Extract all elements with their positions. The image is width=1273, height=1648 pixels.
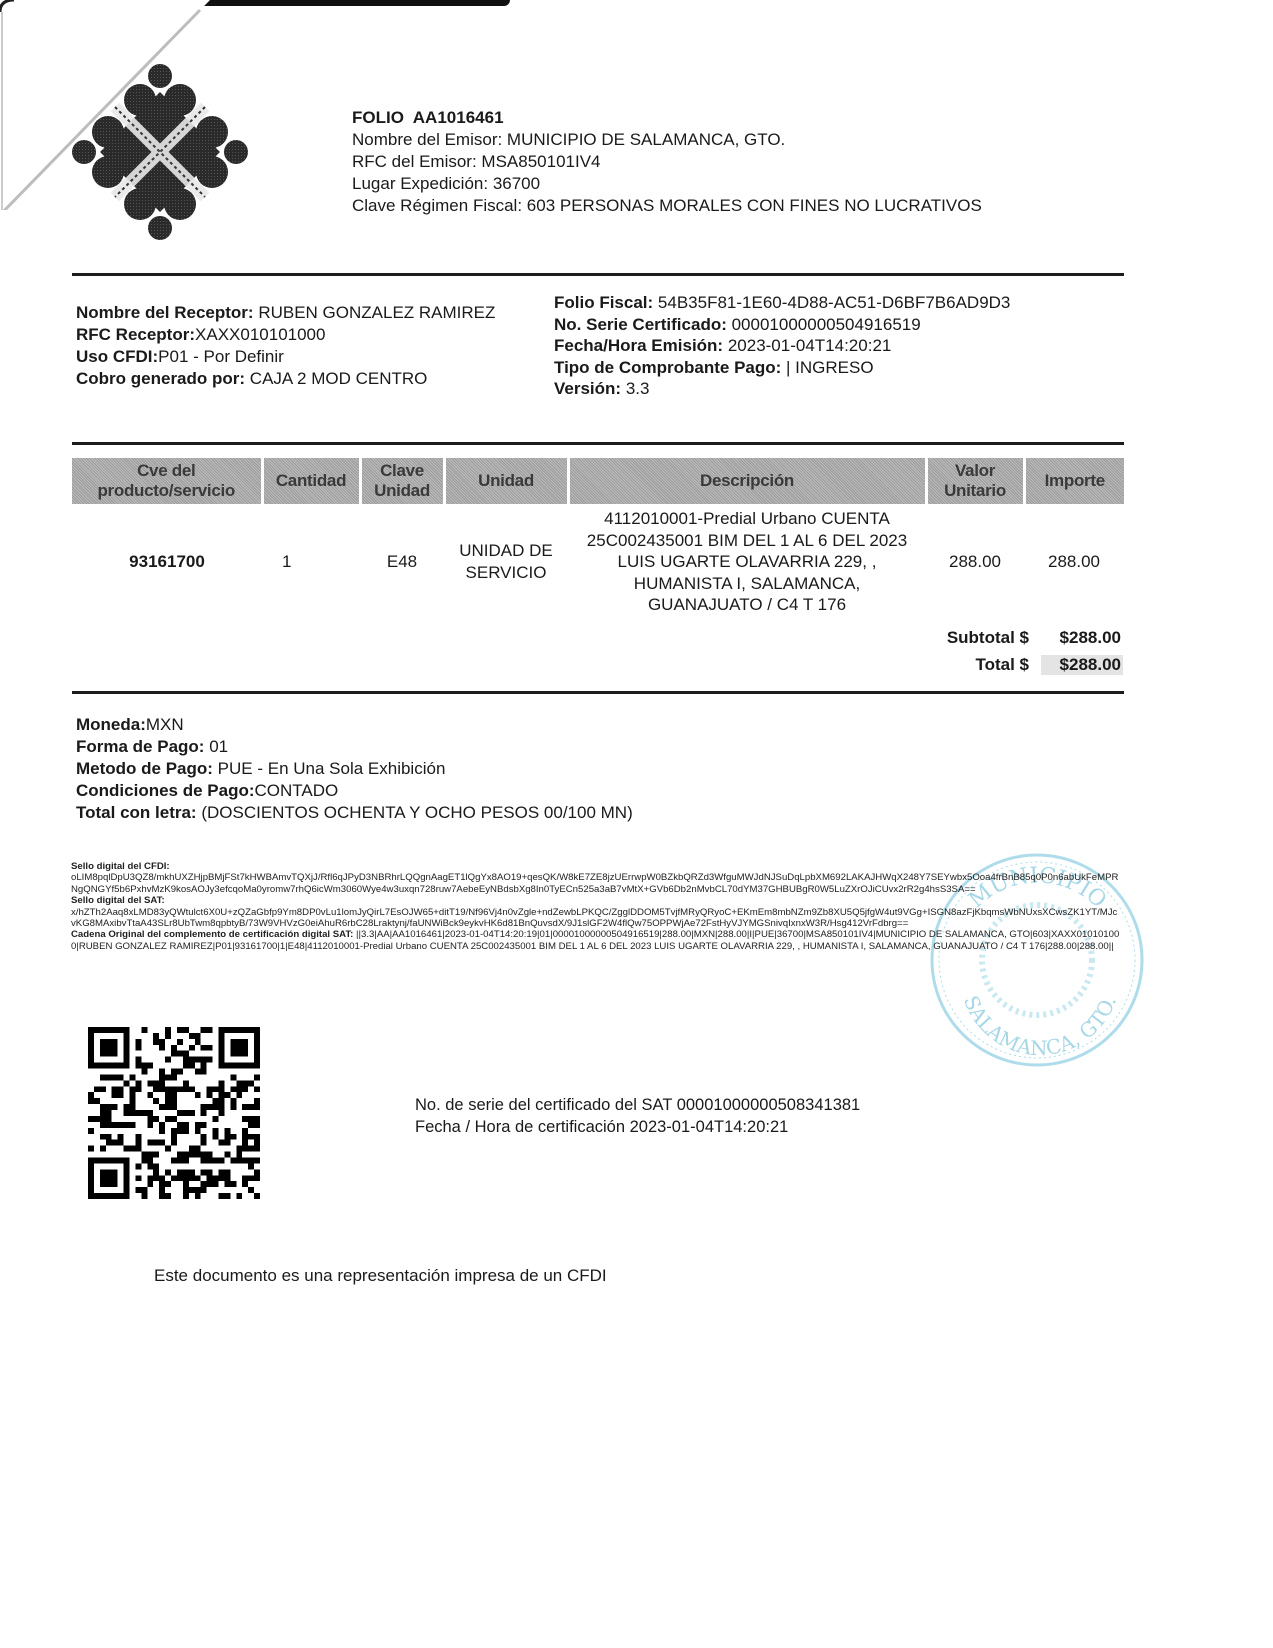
cell-clave-unidad: E48 [360, 504, 444, 620]
cell-clave: 93161700 [72, 504, 262, 620]
sat-seal-value: x/hZTh2Aaq8xLMD83yQWtulct6X0U+zQZaGbfp9Y… [71, 907, 1121, 930]
fiscal-folio: Folio Fiscal: 54B35F81-1E60-4D88-AC51-D6… [554, 292, 1010, 314]
sat-certificate-serial: No. de serie del certificado del SAT 000… [415, 1094, 860, 1116]
table-header-row: Cve del producto/servicio Cantidad Clave… [72, 458, 1124, 504]
digital-seals: Sello digital del CFDI: oLIM8pqlDpU3QZ8/… [71, 861, 1121, 952]
divider [72, 273, 1124, 276]
payment-method: Metodo de Pago: PUE - En Una Sola Exhibi… [76, 758, 633, 780]
issuer-header: FOLIO AA1016461 Nombre del Emisor: MUNIC… [352, 107, 982, 217]
concepts-table: Cve del producto/servicio Cantidad Clave… [72, 458, 1124, 620]
cell-descripcion: 4112010001-Predial Urbano CUENTA 25C0024… [568, 504, 926, 620]
original-chain: Cadena Original del complemento de certi… [71, 929, 1121, 952]
currency: Moneda:MXN [76, 714, 633, 736]
tax-regime: Clave Régimen Fiscal: 603 PERSONAS MORAL… [352, 195, 982, 217]
col-header-cantidad: Cantidad [262, 458, 360, 504]
sat-seal-label: Sello digital del SAT: [71, 895, 1121, 906]
total-row: Total $ $288.00 [919, 651, 1123, 678]
cell-cantidad: 1 [262, 504, 360, 620]
certificate-serial: No. Serie Certificado: 00001000000504916… [554, 314, 1010, 336]
totals: Subtotal $ $288.00 Total $ $288.00 [919, 624, 1123, 678]
certification-datetime: Fecha / Hora de certificación 2023-01-04… [415, 1116, 860, 1138]
payment-form: Forma de Pago: 01 [76, 736, 633, 758]
divider [72, 691, 1124, 694]
voucher-type: Tipo de Comprobante Pago: | INGRESO [554, 357, 1010, 379]
col-header-valor-unitario: Valor Unitario [926, 458, 1024, 504]
sat-certification: No. de serie del certificado del SAT 000… [415, 1094, 860, 1138]
cfdi-seal-value: oLIM8pqlDpU3QZ8/mkhUXZHjpBMjFSt7kHWBAmvT… [71, 872, 1121, 895]
col-header-importe: Importe [1024, 458, 1124, 504]
charged-by: Cobro generado por: CAJA 2 MOD CENTRO [76, 368, 495, 390]
receiver-info: Nombre del Receptor: RUBEN GONZALEZ RAMI… [76, 302, 495, 390]
cell-unidad: UNIDAD DE SERVICIO [444, 504, 568, 620]
cell-valor-unitario: 288.00 [926, 504, 1024, 620]
divider [72, 442, 1124, 445]
footer-note: Este documento es una representación imp… [154, 1266, 607, 1286]
receiver-name: Nombre del Receptor: RUBEN GONZALEZ RAMI… [76, 302, 495, 324]
total-in-words: Total con letra: (DOSCIENTOS OCHENTA Y O… [76, 802, 633, 824]
cfdi-seal-label: Sello digital del CFDI: [71, 861, 1121, 872]
folio: FOLIO AA1016461 [352, 107, 982, 129]
municipal-logo-icon [70, 62, 250, 242]
col-header-unidad: Unidad [444, 458, 568, 504]
issue-place: Lugar Expedición: 36700 [352, 173, 982, 195]
subtotal-row: Subtotal $ $288.00 [919, 624, 1123, 651]
issuer-name: Nombre del Emisor: MUNICIPIO DE SALAMANC… [352, 129, 982, 151]
col-header-descripcion: Descripción [568, 458, 926, 504]
cfdi-version: Versión: 3.3 [554, 378, 1010, 400]
receiver-rfc: RFC Receptor:XAXX010101000 [76, 324, 495, 346]
qr-code-icon [88, 1027, 260, 1199]
issuer-rfc: RFC del Emisor: MSA850101IV4 [352, 151, 982, 173]
table-row: 93161700 1 E48 UNIDAD DE SERVICIO 411201… [72, 504, 1124, 620]
col-header-clave: Cve del producto/servicio [72, 458, 262, 504]
payment-conditions: Condiciones de Pago:CONTADO [76, 780, 633, 802]
issue-datetime: Fecha/Hora Emisión: 2023-01-04T14:20:21 [554, 335, 1010, 357]
payment-info: Moneda:MXN Forma de Pago: 01 Metodo de P… [76, 714, 633, 824]
cell-importe: 288.00 [1024, 504, 1124, 620]
col-header-clave-unidad: Clave Unidad [360, 458, 444, 504]
fiscal-info: Folio Fiscal: 54B35F81-1E60-4D88-AC51-D6… [554, 292, 1010, 400]
cfdi-use: Uso CFDI:P01 - Por Definir [76, 346, 495, 368]
